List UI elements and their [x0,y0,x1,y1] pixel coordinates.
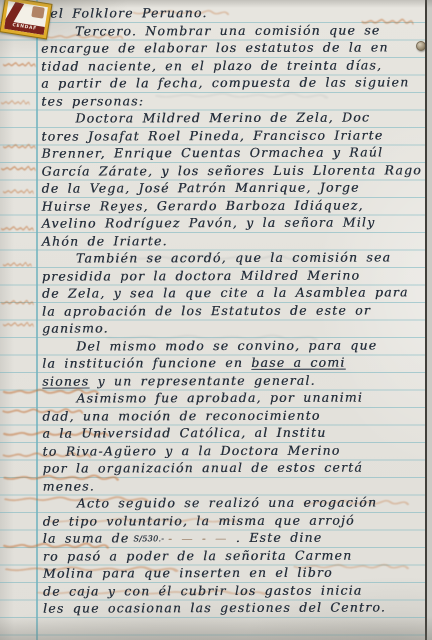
handwriting-line: les que ocasionan las gestiones del Cent… [43,598,429,617]
handwriting-line: tores Josafat Roel Pineda, Francisco Iri… [41,126,427,145]
handwriting-line: por la organización anual de estos certá [43,458,429,477]
handwriting-line: Doctora Mildred Merino de Zela, Doc [41,108,427,127]
scan-shadow-bottom [0,616,432,640]
handwriting-line: la suma deS/530.-- — - — . Este dine [43,528,429,547]
handwriting-line: de la Vega, José Patrón Manrique, Jorge [42,178,428,197]
stamp-label: CENDAF [4,21,45,35]
margin-line [36,0,38,640]
scan-shadow-top [0,0,432,8]
handwriting-line: a partir de la fecha, compuesta de las s… [41,73,427,92]
handwriting-line: ganismo. [42,318,428,337]
handwriting: del Folklore Peruano.Tercero. Nombrar un… [41,3,429,617]
handwriting-line: Ahón de Iriarte. [42,231,428,250]
handwriting-line: Acto seguido se realizó una erogación [43,493,429,512]
handwriting-line: encargue de elaborar los estatutos de la… [41,38,427,57]
handwriting-line: menes. [43,476,429,495]
handwriting-line: Del mismo modo se convino, para que [42,336,428,355]
handwriting-line: de caja y con él cubrir los gastos inici… [43,581,429,600]
handwriting-line: la aprobación de los Estatutos de este o… [42,301,428,320]
handwriting-line: Avelino Rodríguez Pavón, y la señora Mil… [42,213,428,232]
handwriting-line: ro pasó a poder de la señorita Carmen [43,546,429,565]
handwriting-line: tes personas: [41,91,427,110]
handwriting-line: Asimismo fue aprobada, por unanimi [42,388,428,407]
handwriting-line: Molina para que inserten en el libro [43,563,429,582]
handwriting-line: Brenner, Enrique Cuentas Ormachea y Raúl [41,143,427,162]
scanned-document-page: { "colors":{ "ink":"#26303d", "rule":"#7… [0,0,432,640]
handwriting-line: siones y un representante general. [42,371,428,390]
handwriting-line: dad, una moción de reconocimiento [42,406,428,425]
handwriting-line: la institución funcione en base a comi [42,353,428,372]
handwriting-line: presidida por la doctora Mildred Merino [42,266,428,285]
handwriting-line: tidad naciente, en el plazo de treinta d… [41,56,427,75]
handwriting-line: Tercero. Nombrar una comisión que se [41,21,427,40]
handwriting-line: También se acordó, que la comisión sea [42,248,428,267]
paper-right-edge [425,0,432,640]
handwriting-line: de Zela, y sea la que cite a la Asamblea… [42,283,428,302]
handwriting-line: to Riva-Agüero y a la Doctora Merino [42,441,428,460]
handwriting-line: a la Universidad Católica, al Institu [42,423,428,442]
handwriting-line: García Zárate, y los señores Luis Lloren… [41,161,427,180]
handwriting-line: Huirse Reyes, Gerardo Barboza Idiáquez, [42,196,428,215]
handwriting-line: de tipo voluntario, la misma que arrojó [43,511,429,530]
